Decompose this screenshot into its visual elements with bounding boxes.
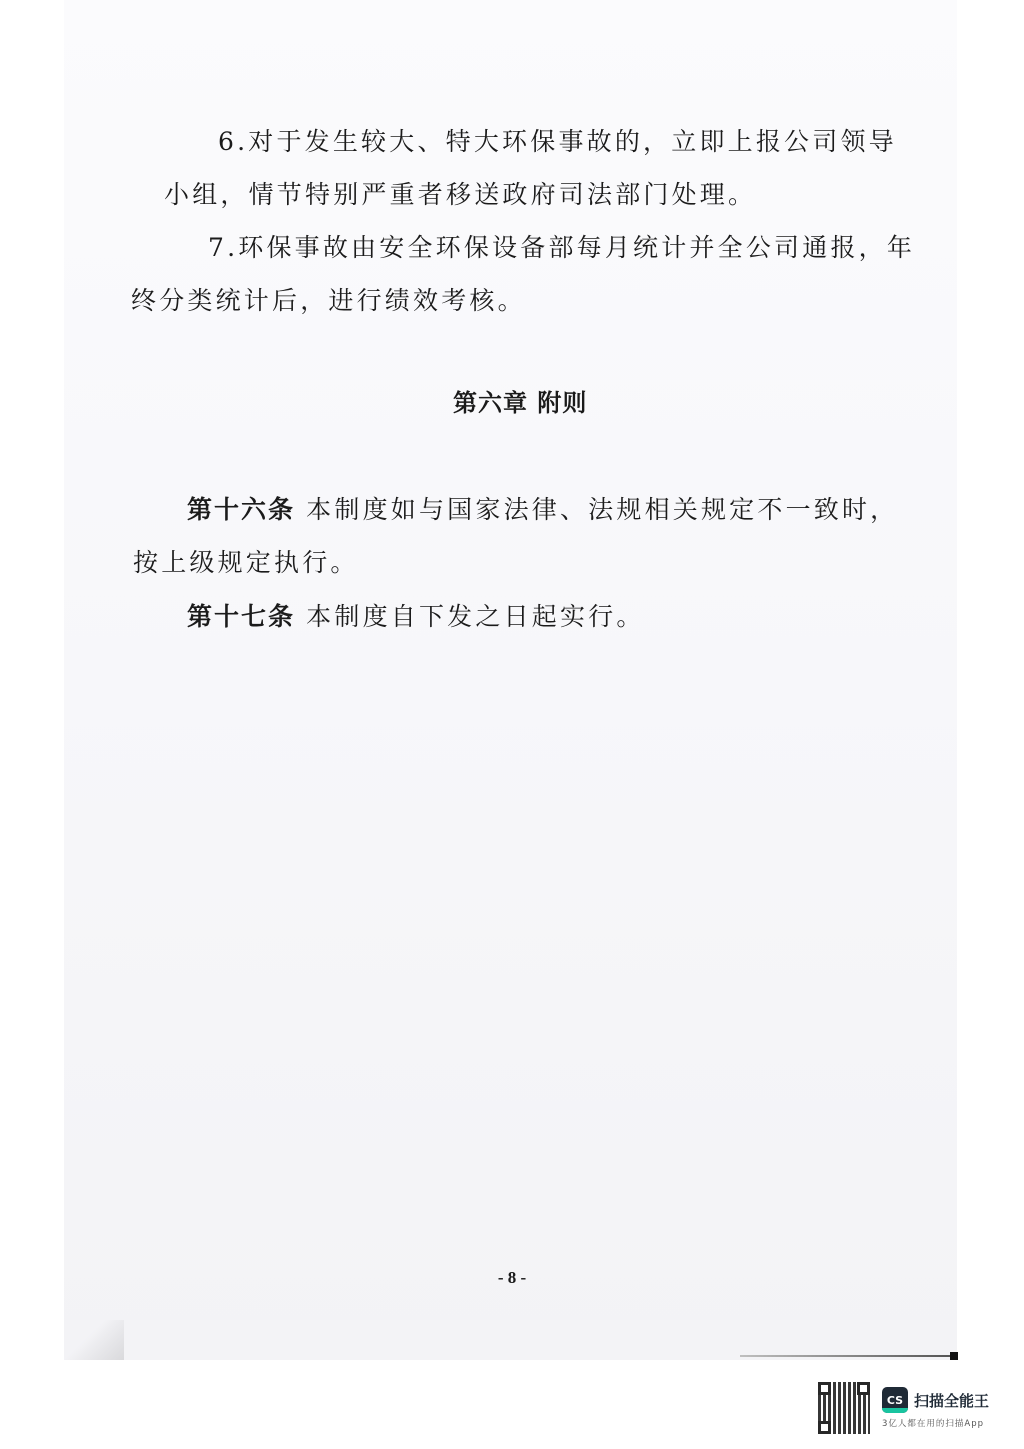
camscanner-watermark: CS 扫描全能王 3亿人都在用的扫描App [818,1378,1014,1438]
article-17: 第十七条 本制度自下发之日起实行。 [187,597,645,633]
article-16-number: 第十六条 [187,495,295,524]
paragraph-7-line-1: 7.环保事故由安全环保设备部每月统计并全公司通报，年 [208,228,915,264]
app-tagline: 3亿人都在用的扫描App [882,1417,989,1429]
article-17-text: 本制度自下发之日起实行。 [306,602,644,631]
camscanner-logo-icon: CS [882,1387,908,1413]
paragraph-6-line-2: 小组，情节特别严重者移送政府司法部门处理。 [164,175,756,211]
brand-block: CS 扫描全能王 3亿人都在用的扫描App [882,1387,989,1429]
article-16-text: 本制度如与国家法律、法规相关规定不一致时， [306,495,898,524]
page-number: - 8 - [0,1268,1024,1288]
scan-corner-mark [950,1352,958,1360]
app-name: 扫描全能王 [914,1390,989,1411]
paragraph-6-line-1: 6.对于发生较大、特大环保事故的，立即上报公司领导 [218,122,897,158]
qr-code-icon [818,1382,870,1434]
article-16: 第十六条 本制度如与国家法律、法规相关规定不一致时， [187,490,898,526]
scan-edge-line [740,1355,950,1357]
article-17-number: 第十七条 [187,602,295,631]
chapter-heading: 第六章 附则 [453,383,587,418]
paragraph-7-line-2: 终分类统计后，进行绩效考核。 [131,281,526,317]
article-16-continuation: 按上级规定执行。 [133,543,359,579]
